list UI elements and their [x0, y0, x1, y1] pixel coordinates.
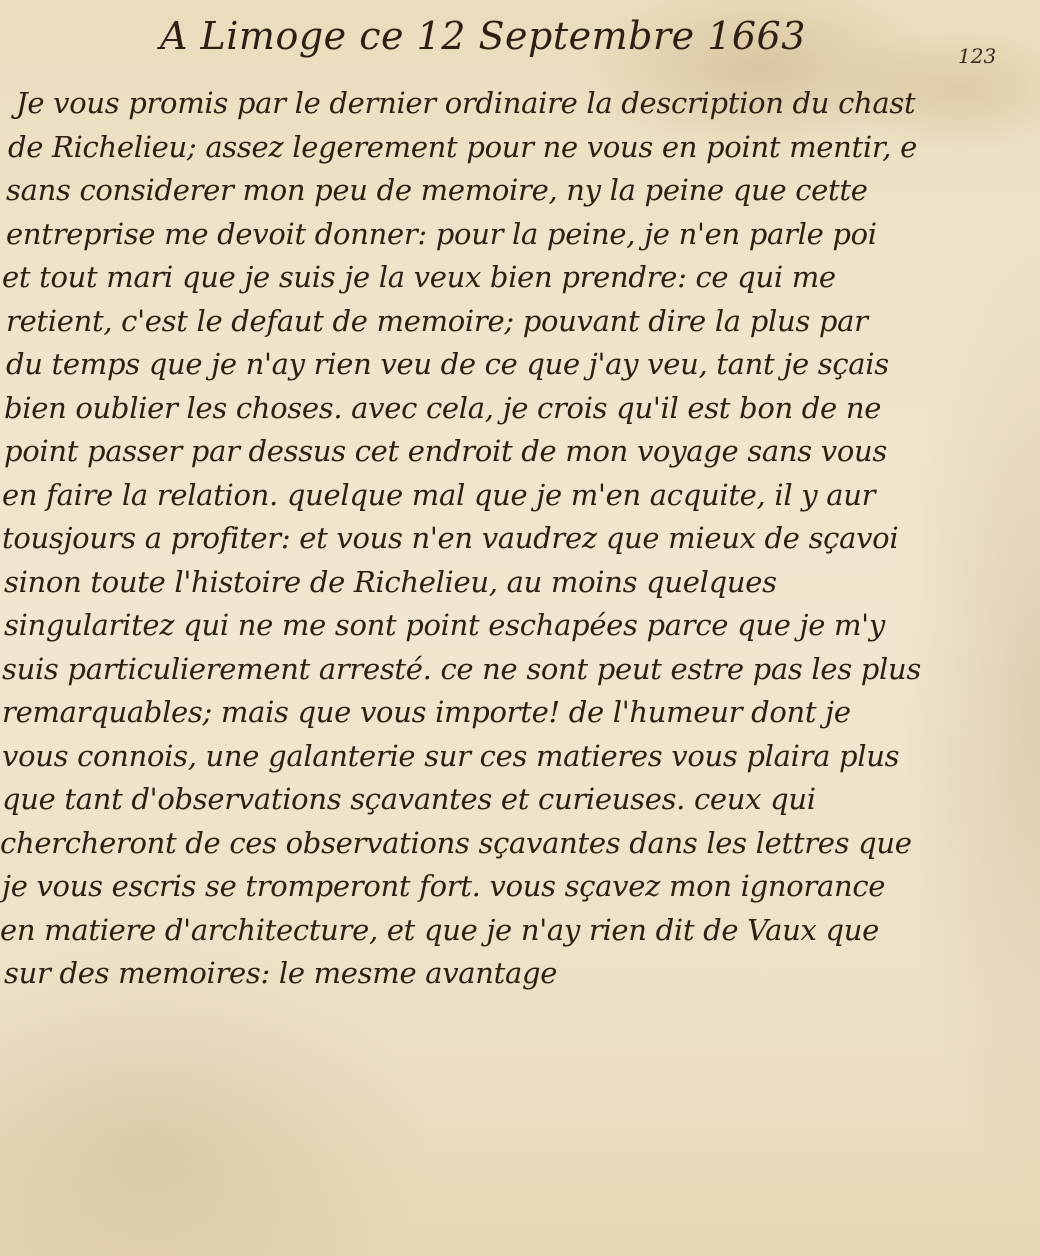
letter-line: en matiere d'architecture, et que je n'a…: [0, 909, 1040, 953]
letter-line: et tout mari que je suis je la veux bien…: [0, 256, 1040, 300]
letter-line: du temps que je n'ay rien veu de ce que …: [0, 343, 1040, 387]
letter-dateline: A Limoge ce 12 Septembre 1663: [160, 14, 806, 58]
page-number: 123: [958, 44, 996, 68]
letter-line: de Richelieu; assez legerement pour ne v…: [0, 126, 1040, 170]
letter-line: singularitez qui ne me sont point eschap…: [0, 604, 1040, 648]
letter-line: suis particulierement arresté. ce ne son…: [0, 648, 1040, 692]
letter-line: point passer par dessus cet endroit de m…: [0, 430, 1040, 474]
letter-line: sans considerer mon peu de memoire, ny l…: [0, 169, 1040, 213]
letter-line: retient, c'est le defaut de memoire; pou…: [0, 300, 1040, 344]
letter-line: en faire la relation. quelque mal que je…: [0, 474, 1040, 518]
letter-line: tousjours a profiter: et vous n'en vaudr…: [0, 517, 1040, 561]
letter-line: vous connois, une galanterie sur ces mat…: [0, 735, 1040, 779]
letter-line: Je vous promis par le dernier ordinaire …: [0, 82, 1040, 126]
letter-line: chercheront de ces observations sçavante…: [0, 822, 1040, 866]
letter-line: sur des memoires: le mesme avantage: [0, 952, 1040, 996]
letter-line: entreprise me devoit donner: pour la pei…: [0, 213, 1040, 257]
letter-line: je vous escris se tromperont fort. vous …: [0, 865, 1040, 909]
letter-body: Je vous promis par le dernier ordinaire …: [0, 82, 1040, 996]
manuscript-page: A Limoge ce 12 Septembre 1663 123 Je vou…: [0, 0, 1040, 1256]
letter-line: remarquables; mais que vous importe! de …: [0, 691, 1040, 735]
letter-line: que tant d'observations sçavantes et cur…: [0, 778, 1040, 822]
letter-line: bien oublier les choses. avec cela, je c…: [0, 387, 1040, 431]
letter-header: A Limoge ce 12 Septembre 1663 123: [0, 14, 1040, 74]
letter-line: sinon toute l'histoire de Richelieu, au …: [0, 561, 1040, 605]
